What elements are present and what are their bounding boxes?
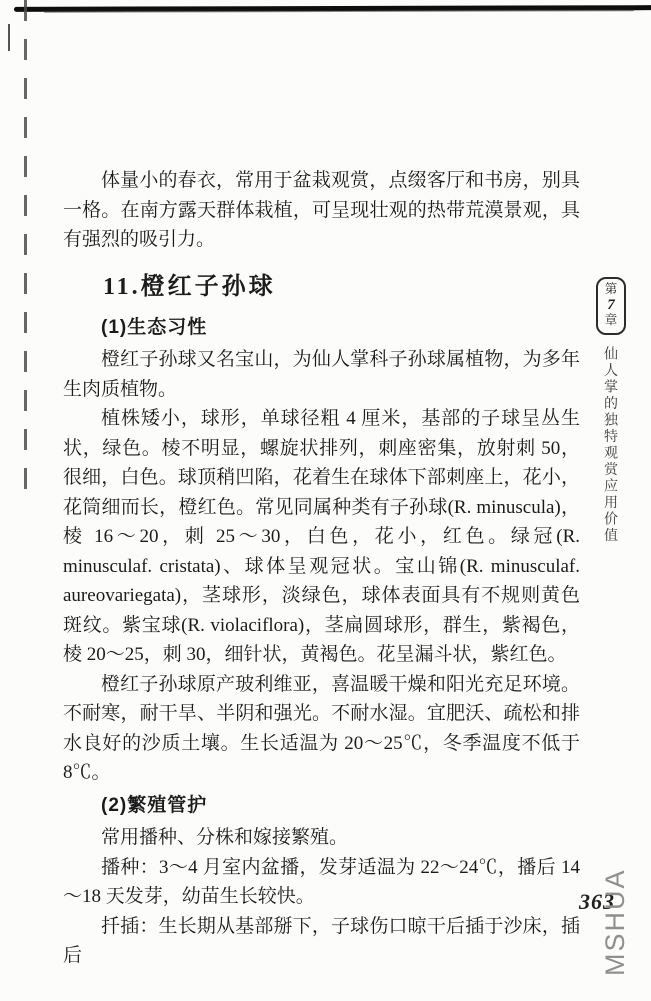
badge-char-bottom: 章	[605, 313, 618, 329]
paragraph: 扦插：生长期从基部掰下，子球伤口晾干后插于沙床，插后	[63, 912, 580, 971]
subsection-title-ecology: (1)生态习性	[63, 313, 580, 343]
paragraph: 播种：3～4 月室内盆播，发芽适温为 22～24℃，播后 14～18 天发芽，幼…	[63, 853, 580, 912]
badge-chapter-number: 7	[607, 298, 615, 314]
paragraph: 橙红子孙球原产玻利维亚，喜温暖干燥和阳光充足环境。不耐寒，耐干旱、半阴和强光。不…	[63, 670, 580, 788]
subsection-title-propagation: (2)繁殖管护	[63, 791, 580, 821]
scan-artifact-binding-marks	[24, 0, 27, 500]
scan-artifact-binding-mark	[8, 24, 10, 51]
chapter-title-vertical: 仙人掌的独特观赏应用价值	[601, 346, 621, 544]
chapter-number-badge: 第 7 章	[596, 277, 626, 335]
paragraph: 橙红子孙球又名宝山，为仙人掌科子孙球属植物，为多年生肉质植物。	[63, 345, 580, 404]
page-body: 体量小的春衣，常用于盆栽观赏，点缀客厅和书房，别具一格。在南方露天群体栽植，可呈…	[63, 166, 580, 971]
paragraph: 常用播种、分株和嫁接繁殖。	[63, 823, 580, 853]
scan-artifact-top-line	[14, 5, 651, 12]
watermark: MSHUA	[594, 880, 636, 976]
intro-paragraph: 体量小的春衣，常用于盆栽观赏，点缀客厅和书房，别具一格。在南方露天群体栽植，可呈…	[63, 166, 580, 255]
section-heading: 11.橙红子孙球	[63, 272, 580, 302]
paragraph: 植株矮小，球形，单球径粗 4 厘米，基部的子球呈丛生状，绿色。棱不明显，螺旋状排…	[63, 404, 580, 670]
chapter-sidebar: 第 7 章 仙人掌的独特观赏应用价值	[594, 277, 628, 544]
badge-char-top: 第	[605, 282, 618, 298]
